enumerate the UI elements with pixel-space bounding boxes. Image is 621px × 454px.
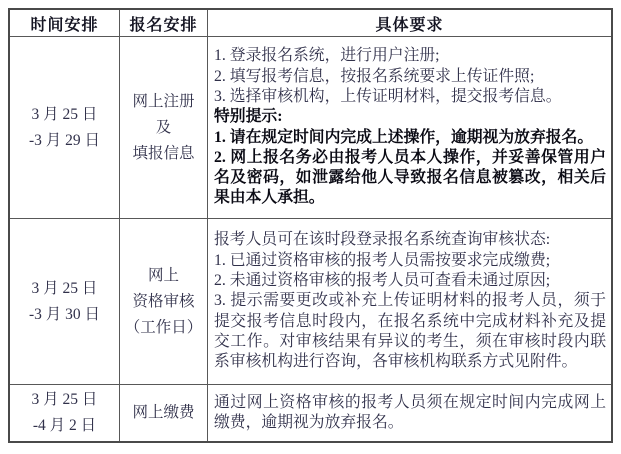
text-line: 3 月 25 日 — [32, 102, 98, 128]
row3-time-cell: 3 月 25 日-4 月 2 日 — [10, 384, 119, 441]
text-line: 1. 已通过资格审核的报考人员需按要求完成缴费; — [214, 251, 606, 271]
header-label: 报名安排 — [129, 12, 197, 35]
row1-time-cell: 3 月 25 日-3 月 29 日 — [10, 36, 119, 218]
text-line: 1. 登录报名系统，进行用户注册; — [214, 46, 606, 66]
text-line: -3 月 30 日 — [29, 302, 100, 328]
header-label: 具体要求 — [375, 12, 443, 35]
text-line: 3. 选择审核机构，上传证明材料，提交报考信息。 — [214, 87, 606, 107]
document-page: 时间安排 报名安排 具体要求 3 月 25 日-3 月 29 日 网上注册及填报… — [0, 0, 621, 454]
text-line: （工作日） — [125, 315, 203, 341]
text-line: 3 月 25 日 — [32, 387, 98, 413]
text-line: 通过网上资格审核的报考人员须在规定时间内完成网上缴费，逾期视为放弃报名。 — [214, 393, 606, 434]
header-label: 时间安排 — [30, 12, 98, 35]
text-line: 特别提示: — [214, 107, 606, 127]
row2-stage-cell: 网上资格审核（工作日） — [119, 218, 207, 384]
text-line: 报考人员可在该时段登录报名系统查询审核状态: — [214, 230, 606, 250]
text-line: 3 月 25 日 — [32, 276, 98, 302]
text-line: -3 月 29 日 — [29, 128, 100, 154]
header-specific-requirements: 具体要求 — [207, 10, 611, 36]
text-line: 2. 填写报考信息，按报名系统要求上传证件照; — [214, 67, 606, 87]
text-line: 网上 — [148, 263, 179, 289]
row1-requirements-cell: 1. 登录报名系统，进行用户注册;2. 填写报考信息，按报名系统要求上传证件照;… — [207, 36, 611, 218]
row3-stage-cell: 网上缴费 — [119, 384, 207, 441]
text-line: 网上注册 — [132, 89, 194, 115]
text-line: -4 月 2 日 — [33, 413, 96, 439]
text-line: 1. 请在规定时间内完成上述操作，逾期视为放弃报名。 — [214, 128, 606, 148]
header-time-arrangement: 时间安排 — [10, 10, 119, 36]
row1-stage-cell: 网上注册及填报信息 — [119, 36, 207, 218]
registration-schedule-table: 时间安排 报名安排 具体要求 3 月 25 日-3 月 29 日 网上注册及填报… — [8, 8, 613, 443]
row3-requirements-cell: 通过网上资格审核的报考人员须在规定时间内完成网上缴费，逾期视为放弃报名。 — [207, 384, 611, 441]
text-line: 及 — [156, 115, 172, 141]
header-registration-arrangement: 报名安排 — [119, 10, 207, 36]
text-line: 填报信息 — [132, 141, 194, 167]
text-line: 网上缴费 — [132, 400, 194, 426]
row2-time-cell: 3 月 25 日-3 月 30 日 — [10, 218, 119, 384]
text-line: 2. 未通过资格审核的报考人员可查看未通过原因; — [214, 271, 606, 291]
text-line: 资格审核 — [132, 289, 194, 315]
text-line: 3. 提示需要更改或补充上传证明材料的报考人员，须于提交报考信息时段内，在报名系… — [214, 291, 606, 372]
text-line: 2. 网上报名务必由报考人员本人操作，并妥善保管用户名及密码，如泄露给他人导致报… — [214, 148, 606, 209]
row2-requirements-cell: 报考人员可在该时段登录报名系统查询审核状态:1. 已通过资格审核的报考人员需按要… — [207, 218, 611, 384]
